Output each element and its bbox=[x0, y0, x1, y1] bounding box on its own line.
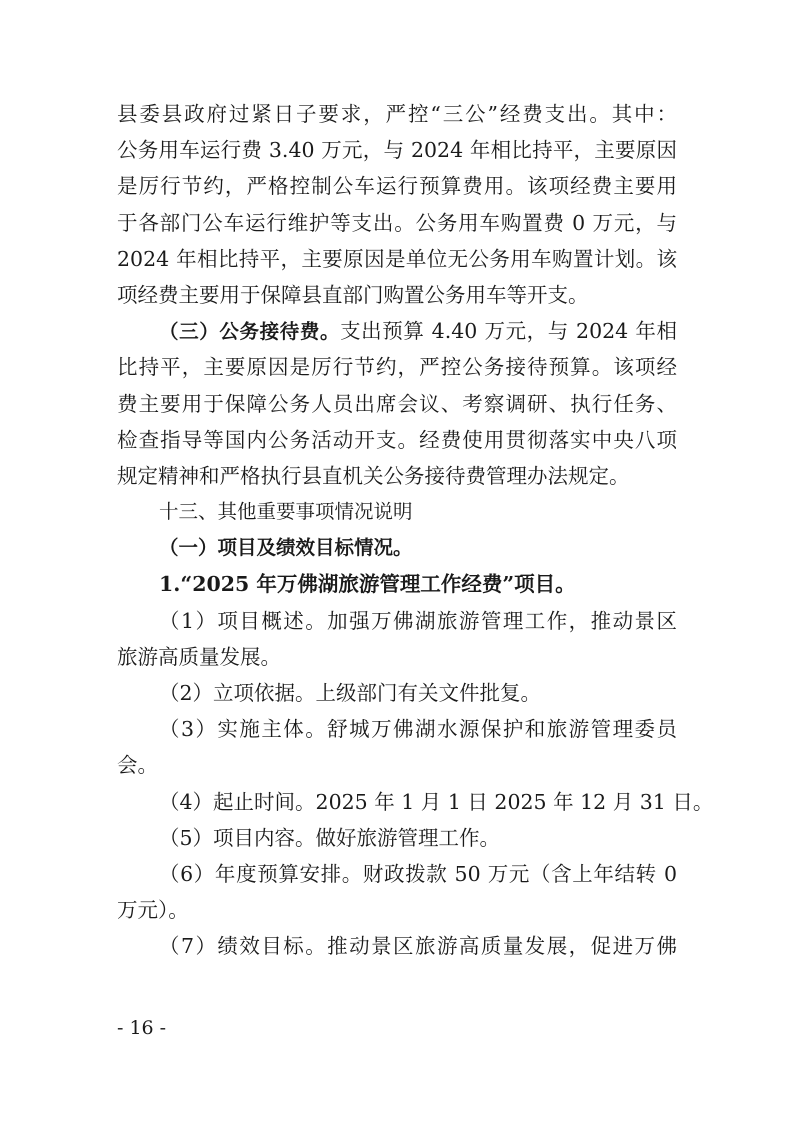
text-line: 旅游高质量发展。 bbox=[117, 639, 677, 675]
text-line: （3）实施主体。舒城万佛湖水源保护和旅游管理委员 bbox=[117, 711, 677, 747]
text-line: （1）项目概述。加强万佛湖旅游管理工作，推动景区 bbox=[117, 603, 677, 639]
project-item-5: （5）项目内容。做好旅游管理工作。 bbox=[117, 820, 677, 856]
text-line: （5）项目内容。做好旅游管理工作。 bbox=[117, 820, 677, 856]
text-line: 县委县政府过紧日子要求，严控“三公”经费支出。其中： bbox=[117, 96, 677, 132]
paragraph-reception-expenses: （三）公务接待费。支出预算 4.40 万元，与 2024 年相 比持平，主要原因… bbox=[117, 313, 677, 494]
text-line: （7）绩效目标。推动景区旅游高质量发展，促进万佛 bbox=[117, 928, 677, 964]
reception-text: 支出预算 4.40 万元，与 2024 年相 bbox=[340, 319, 677, 343]
text-line: （6）年度预算安排。财政拨款 50 万元（含上年结转 0 bbox=[117, 856, 677, 892]
text-line: （2）立项依据。上级部门有关文件批复。 bbox=[117, 675, 677, 711]
text-line: 2024 年相比持平，主要原因是单位无公务用车购置计划。该 bbox=[117, 241, 677, 277]
text-line: 比持平，主要原因是厉行节约，严控公务接待预算。该项经 bbox=[117, 349, 677, 385]
project-item-7: （7）绩效目标。推动景区旅游高质量发展，促进万佛 bbox=[117, 928, 677, 964]
text-line: 万元）。 bbox=[117, 892, 677, 928]
project-item-4: （4）起止时间。2025 年 1 月 1 日 2025 年 12 月 31 日。 bbox=[117, 784, 677, 820]
text-line: 检查指导等国内公务活动开支。经费使用贯彻落实中央八项 bbox=[117, 422, 677, 458]
reception-heading: （三）公务接待费。 bbox=[159, 320, 340, 343]
project-item-6: （6）年度预算安排。财政拨款 50 万元（含上年结转 0 万元）。 bbox=[117, 856, 677, 928]
text-line: 会。 bbox=[117, 747, 677, 783]
project-item-2: （2）立项依据。上级部门有关文件批复。 bbox=[117, 675, 677, 711]
text-line: （4）起止时间。2025 年 1 月 1 日 2025 年 12 月 31 日。 bbox=[117, 784, 677, 820]
text-line: 规定精神和严格执行县直机关公务接待费管理办法规定。 bbox=[117, 458, 677, 494]
text-line: （三）公务接待费。支出预算 4.40 万元，与 2024 年相 bbox=[117, 313, 677, 349]
page-number: - 16 - bbox=[117, 1017, 166, 1039]
project-item-1: （1）项目概述。加强万佛湖旅游管理工作，推动景区 旅游高质量发展。 bbox=[117, 603, 677, 675]
document-page: 县委县政府过紧日子要求，严控“三公”经费支出。其中： 公务用车运行费 3.40 … bbox=[117, 96, 677, 965]
text-line: 是厉行节约，严格控制公车运行预算费用。该项经费主要用 bbox=[117, 168, 677, 204]
project-1-title: 1.“2025 年万佛湖旅游管理工作经费”项目。 bbox=[117, 566, 677, 602]
paragraph-three-public-expenses: 县委县政府过紧日子要求，严控“三公”经费支出。其中： 公务用车运行费 3.40 … bbox=[117, 96, 677, 313]
text-line: 于各部门公车运行维护等支出。公务用车购置费 0 万元，与 bbox=[117, 205, 677, 241]
project-item-3: （3）实施主体。舒城万佛湖水源保护和旅游管理委员 会。 bbox=[117, 711, 677, 783]
section-13-title: 十三、其他重要事项情况说明 bbox=[117, 494, 677, 530]
text-line: 公务用车运行费 3.40 万元，与 2024 年相比持平，主要原因 bbox=[117, 132, 677, 168]
text-line: 费主要用于保障公务人员出席会议、考察调研、执行任务、 bbox=[117, 386, 677, 422]
subsection-1-title: （一）项目及绩效目标情况。 bbox=[117, 530, 677, 566]
text-line: 项经费主要用于保障县直部门购置公务用车等开支。 bbox=[117, 277, 677, 313]
